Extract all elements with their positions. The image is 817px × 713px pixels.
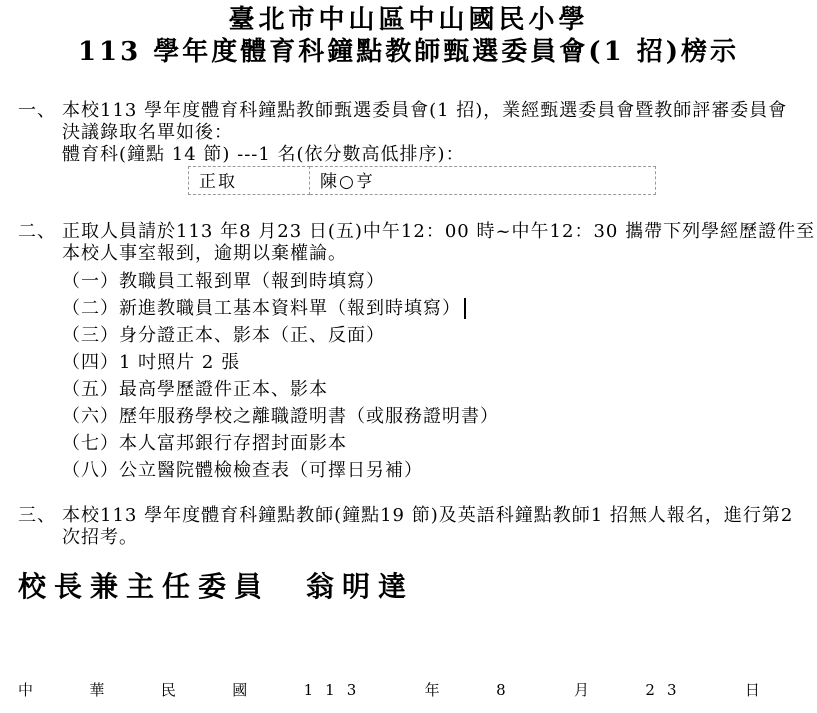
section-2-marker: 二、 bbox=[18, 221, 62, 487]
checklist-item-3: （三）身分證正本、影本（正、反面） bbox=[62, 325, 815, 347]
date-year: 113 bbox=[304, 681, 369, 699]
section-1-line1: 本校113 學年度體育科鐘點教師甄選委員會(1 招)，業經甄選委員會暨教師評審委… bbox=[62, 100, 799, 122]
date-char: 日 bbox=[745, 679, 760, 700]
checklist-item-2: （二）新進教職員工基本資料單（報到時填寫） bbox=[62, 298, 815, 320]
section-1-line3: 體育科(鐘點 14 節) ---1 名(依分數高低排序)： bbox=[62, 144, 799, 166]
section-3-line1: 本校113 學年度體育科鐘點教師(鐘點19 節)及英語科鐘點教師1 招無人報名，… bbox=[62, 505, 799, 527]
section-1-marker: 一、 bbox=[18, 100, 62, 166]
section-1: 一、 本校113 學年度體育科鐘點教師甄選委員會(1 招)，業經甄選委員會暨教師… bbox=[18, 100, 799, 166]
date-month: 8 bbox=[496, 681, 518, 699]
admitted-name-cell: 陳○亨 bbox=[310, 167, 656, 195]
checklist-item-7: （七）本人富邦銀行存摺封面影本 bbox=[62, 433, 815, 455]
checklist-item-8: （八）公立醫院體檢檢查表（可擇日另補） bbox=[62, 460, 815, 482]
date-char: 中 bbox=[18, 679, 33, 700]
school-title: 臺北市中山區中山國民小學 bbox=[18, 4, 799, 36]
admission-result-table: 正取 陳○亨 bbox=[188, 166, 656, 195]
text-cursor bbox=[464, 298, 466, 319]
result-type-cell: 正取 bbox=[189, 167, 310, 195]
announcement-title: 113 學年度體育科鐘點教師甄選委員會(1 招)榜示 bbox=[18, 36, 799, 68]
section-3: 三、 本校113 學年度體育科鐘點教師(鐘點19 節)及英語科鐘點教師1 招無人… bbox=[18, 505, 799, 549]
section-3-line2: 次招考。 bbox=[62, 527, 799, 549]
roc-date-line: 中 華 民 國 113 年 8 月 23 日 bbox=[18, 679, 760, 700]
checklist-item-5: （五）最高學歷證件正本、影本 bbox=[62, 379, 815, 401]
section-2-line2: 本校人事室報到，逾期以棄權論。 bbox=[62, 243, 815, 265]
document-page[interactable]: 臺北市中山區中山國民小學 113 學年度體育科鐘點教師甄選委員會(1 招)榜示 … bbox=[0, 0, 817, 713]
date-day: 23 bbox=[645, 681, 688, 699]
section-3-marker: 三、 bbox=[18, 505, 62, 549]
checklist-item-6: （六）歷年服務學校之離職證明書（或服務證明書） bbox=[62, 406, 815, 428]
table-row: 正取 陳○亨 bbox=[189, 167, 656, 195]
section-2: 二、 正取人員請於113 年8 月23 日(五)中午12：00 時~中午12：3… bbox=[18, 221, 799, 487]
document-checklist: （一）教職員工報到單（報到時填寫） （二）新進教職員工基本資料單（報到時填寫） … bbox=[62, 271, 815, 482]
date-char: 華 bbox=[89, 679, 104, 700]
date-char: 國 bbox=[232, 679, 247, 700]
principal-signature: 校長兼主任委員 翁明達 bbox=[18, 565, 799, 605]
date-char: 年 bbox=[425, 679, 440, 700]
checklist-item-1: （一）教職員工報到單（報到時填寫） bbox=[62, 271, 815, 293]
date-char: 民 bbox=[161, 679, 176, 700]
section-1-line2: 決議錄取名單如後： bbox=[62, 122, 799, 144]
section-2-line1: 正取人員請於113 年8 月23 日(五)中午12：00 時~中午12：30 攜… bbox=[62, 221, 815, 243]
checklist-item-4: （四）1 吋照片 2 張 bbox=[62, 352, 815, 374]
date-char: 月 bbox=[574, 679, 589, 700]
